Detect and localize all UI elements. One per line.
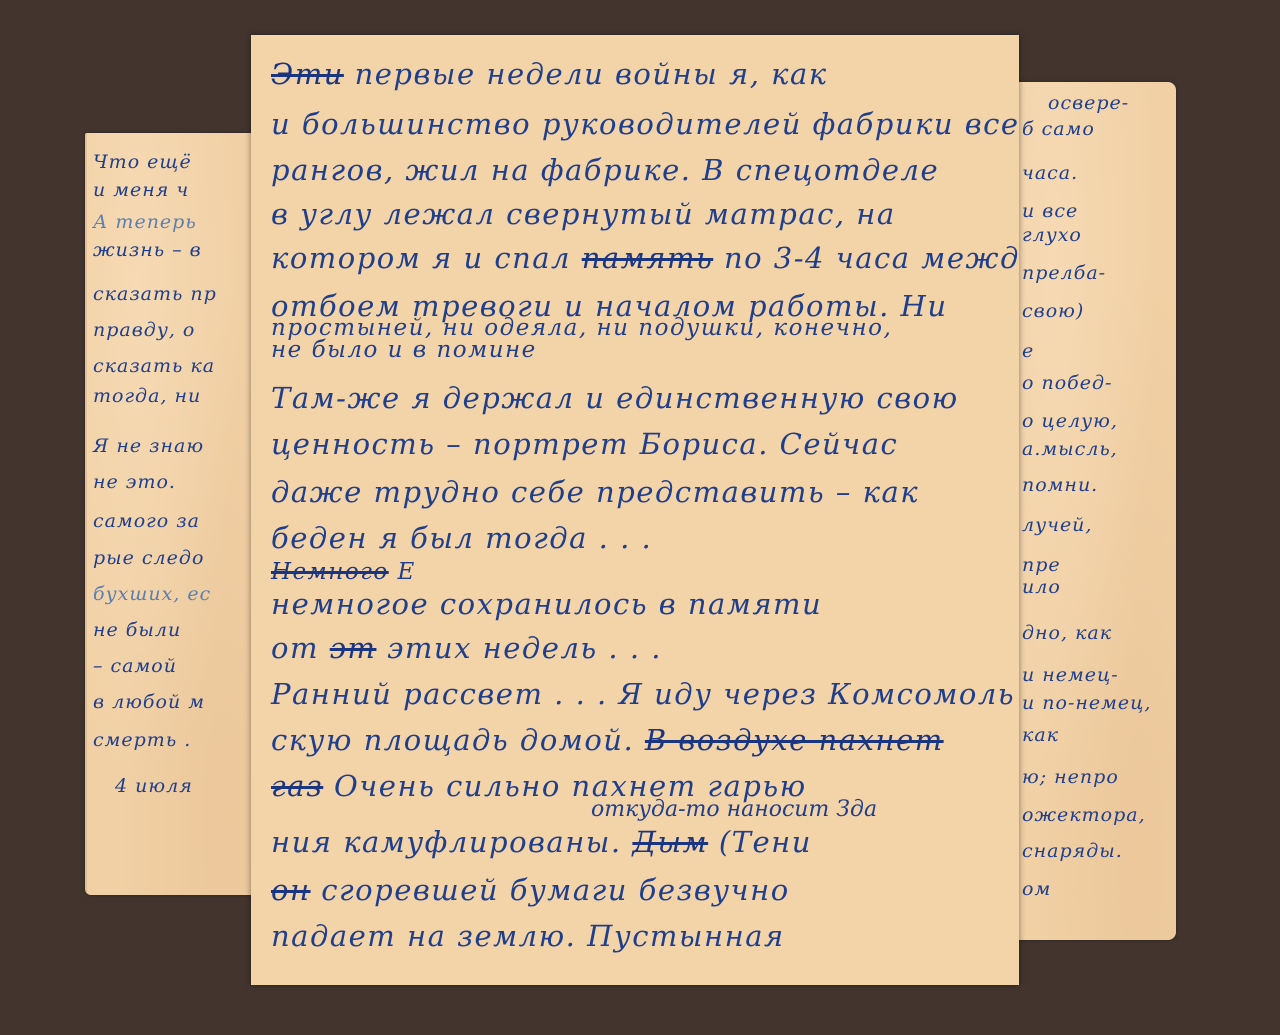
left-line-13: бухших, ес bbox=[93, 583, 211, 605]
right-line-16: пре bbox=[1022, 554, 1061, 576]
right-line-8: свою) bbox=[1022, 300, 1084, 322]
center-manuscript-page: Эти первые недели войны я, как и большин… bbox=[251, 35, 1019, 985]
left-manuscript-page: Что ещё и меня ч А теперь жизнь – в сказ… bbox=[85, 133, 260, 895]
center-line-15: от эт этих недель . . . bbox=[271, 631, 662, 665]
right-line-5: и все bbox=[1022, 200, 1078, 222]
struck-word: Эти bbox=[271, 57, 344, 91]
struck-word: он bbox=[271, 873, 311, 907]
right-line-11: о побед- bbox=[1022, 372, 1112, 394]
center-line-13: Немного Е bbox=[271, 559, 416, 585]
line-text-after: (Тени bbox=[719, 825, 812, 859]
line-text: Е bbox=[398, 559, 416, 585]
right-line-15: лучей, bbox=[1022, 514, 1092, 536]
left-line-17: смерть . bbox=[93, 729, 191, 751]
left-line-9: Я не знаю bbox=[93, 435, 204, 457]
line-text: ния камуфлированы. bbox=[271, 825, 622, 859]
center-line-1: Эти первые недели войны я, как bbox=[271, 57, 828, 91]
center-line-17: скую площадь домой. В воздухе пахнет bbox=[271, 723, 944, 757]
right-line-7: прелба- bbox=[1022, 262, 1106, 284]
struck-word: память bbox=[582, 241, 714, 275]
line-text: от bbox=[271, 631, 319, 665]
center-line-21: падает на землю. Пустынная bbox=[271, 919, 785, 953]
left-line-10: не это. bbox=[93, 471, 176, 493]
center-line-8: не было и в помине bbox=[271, 337, 537, 363]
line-text-after: по 3-4 часа между bbox=[724, 241, 1019, 275]
line-text: сгоревшей бумаги безвучно bbox=[321, 873, 789, 907]
right-line-4: часа. bbox=[1022, 162, 1078, 184]
center-line-11: даже трудно себе представить – как bbox=[271, 475, 919, 509]
right-line-12: о целую, bbox=[1022, 410, 1118, 432]
center-line-20: он сгоревшей бумаги безвучно bbox=[271, 873, 790, 907]
right-line-13: а.мысль, bbox=[1022, 438, 1118, 460]
left-line-15: – самой bbox=[93, 655, 177, 677]
right-line-24: ожектора, bbox=[1022, 804, 1146, 826]
right-line-23: ю; непро bbox=[1022, 766, 1119, 788]
struck-word: Немного bbox=[271, 559, 389, 585]
left-line-14: не были bbox=[93, 619, 181, 641]
center-line-9: Там-же я держал и единственную свою bbox=[271, 381, 959, 415]
line-text-after: этих недель . . . bbox=[387, 631, 662, 665]
page-edge bbox=[85, 133, 87, 895]
struck-phrase: В воздухе пахнет bbox=[645, 723, 944, 757]
line-text: скую площадь домой. bbox=[271, 723, 634, 757]
left-line-4: жизнь – в bbox=[93, 239, 202, 261]
left-line-6: правду, о bbox=[93, 319, 195, 341]
left-line-1: Что ещё bbox=[93, 151, 192, 173]
center-line-16: Ранний рассвет . . . Я иду через Комсомо… bbox=[271, 677, 1015, 711]
right-line-25: снаряды. bbox=[1022, 840, 1123, 862]
center-line-3: рангов, жил на фабрике. В спецотделе bbox=[271, 153, 939, 187]
left-line-11: самого за bbox=[93, 510, 200, 532]
center-line-4: в углу лежал свернутый матрас, на bbox=[271, 197, 896, 231]
right-line-19: дно, как bbox=[1022, 622, 1112, 644]
left-line-2: и меня ч bbox=[93, 179, 189, 201]
right-line-22: как bbox=[1022, 724, 1059, 746]
right-line-17: ило bbox=[1022, 576, 1061, 598]
left-line-12: рые следо bbox=[93, 547, 204, 569]
center-line-19: ния камуфлированы. Дым (Тени bbox=[271, 825, 812, 859]
right-line-10: е bbox=[1022, 340, 1034, 362]
inserted-correction: откуда-то наносит Зда bbox=[591, 797, 877, 822]
left-line-5: сказать пр bbox=[93, 283, 217, 305]
right-line-26: ом bbox=[1022, 878, 1051, 900]
right-line-20: и немец- bbox=[1022, 664, 1119, 686]
right-line-1: освере- bbox=[1048, 92, 1129, 114]
struck-word: эт bbox=[330, 631, 377, 665]
struck-word: газ bbox=[271, 769, 323, 803]
center-line-10: ценность – портрет Бориса. Сейчас bbox=[271, 427, 898, 461]
struck-word: Дым bbox=[632, 825, 708, 859]
left-line-7: сказать ка bbox=[93, 355, 215, 377]
right-manuscript-page: освере- б само часа. и все глухо прелба-… bbox=[1000, 82, 1176, 940]
center-line-12: беден я был тогда . . . bbox=[271, 521, 652, 555]
right-line-21: и по-немец, bbox=[1022, 692, 1151, 714]
right-line-6: глухо bbox=[1022, 224, 1082, 246]
center-line-14: немногое сохранилось в памяти bbox=[271, 587, 822, 621]
right-line-2: б само bbox=[1022, 118, 1095, 140]
right-line-14: помни. bbox=[1022, 474, 1098, 496]
line-text: котором я и спал bbox=[271, 241, 571, 275]
center-line-2: и большинство руководителей фабрики всех bbox=[271, 107, 1019, 141]
left-line-16: в любой м bbox=[93, 691, 205, 713]
center-line-5: котором я и спал память по 3-4 часа межд… bbox=[271, 241, 1019, 275]
left-line-3: А теперь bbox=[93, 211, 197, 233]
left-date: 4 июля bbox=[115, 775, 193, 797]
left-line-8: тогда, ни bbox=[93, 385, 201, 407]
line-text: первые недели войны я, как bbox=[355, 57, 828, 91]
